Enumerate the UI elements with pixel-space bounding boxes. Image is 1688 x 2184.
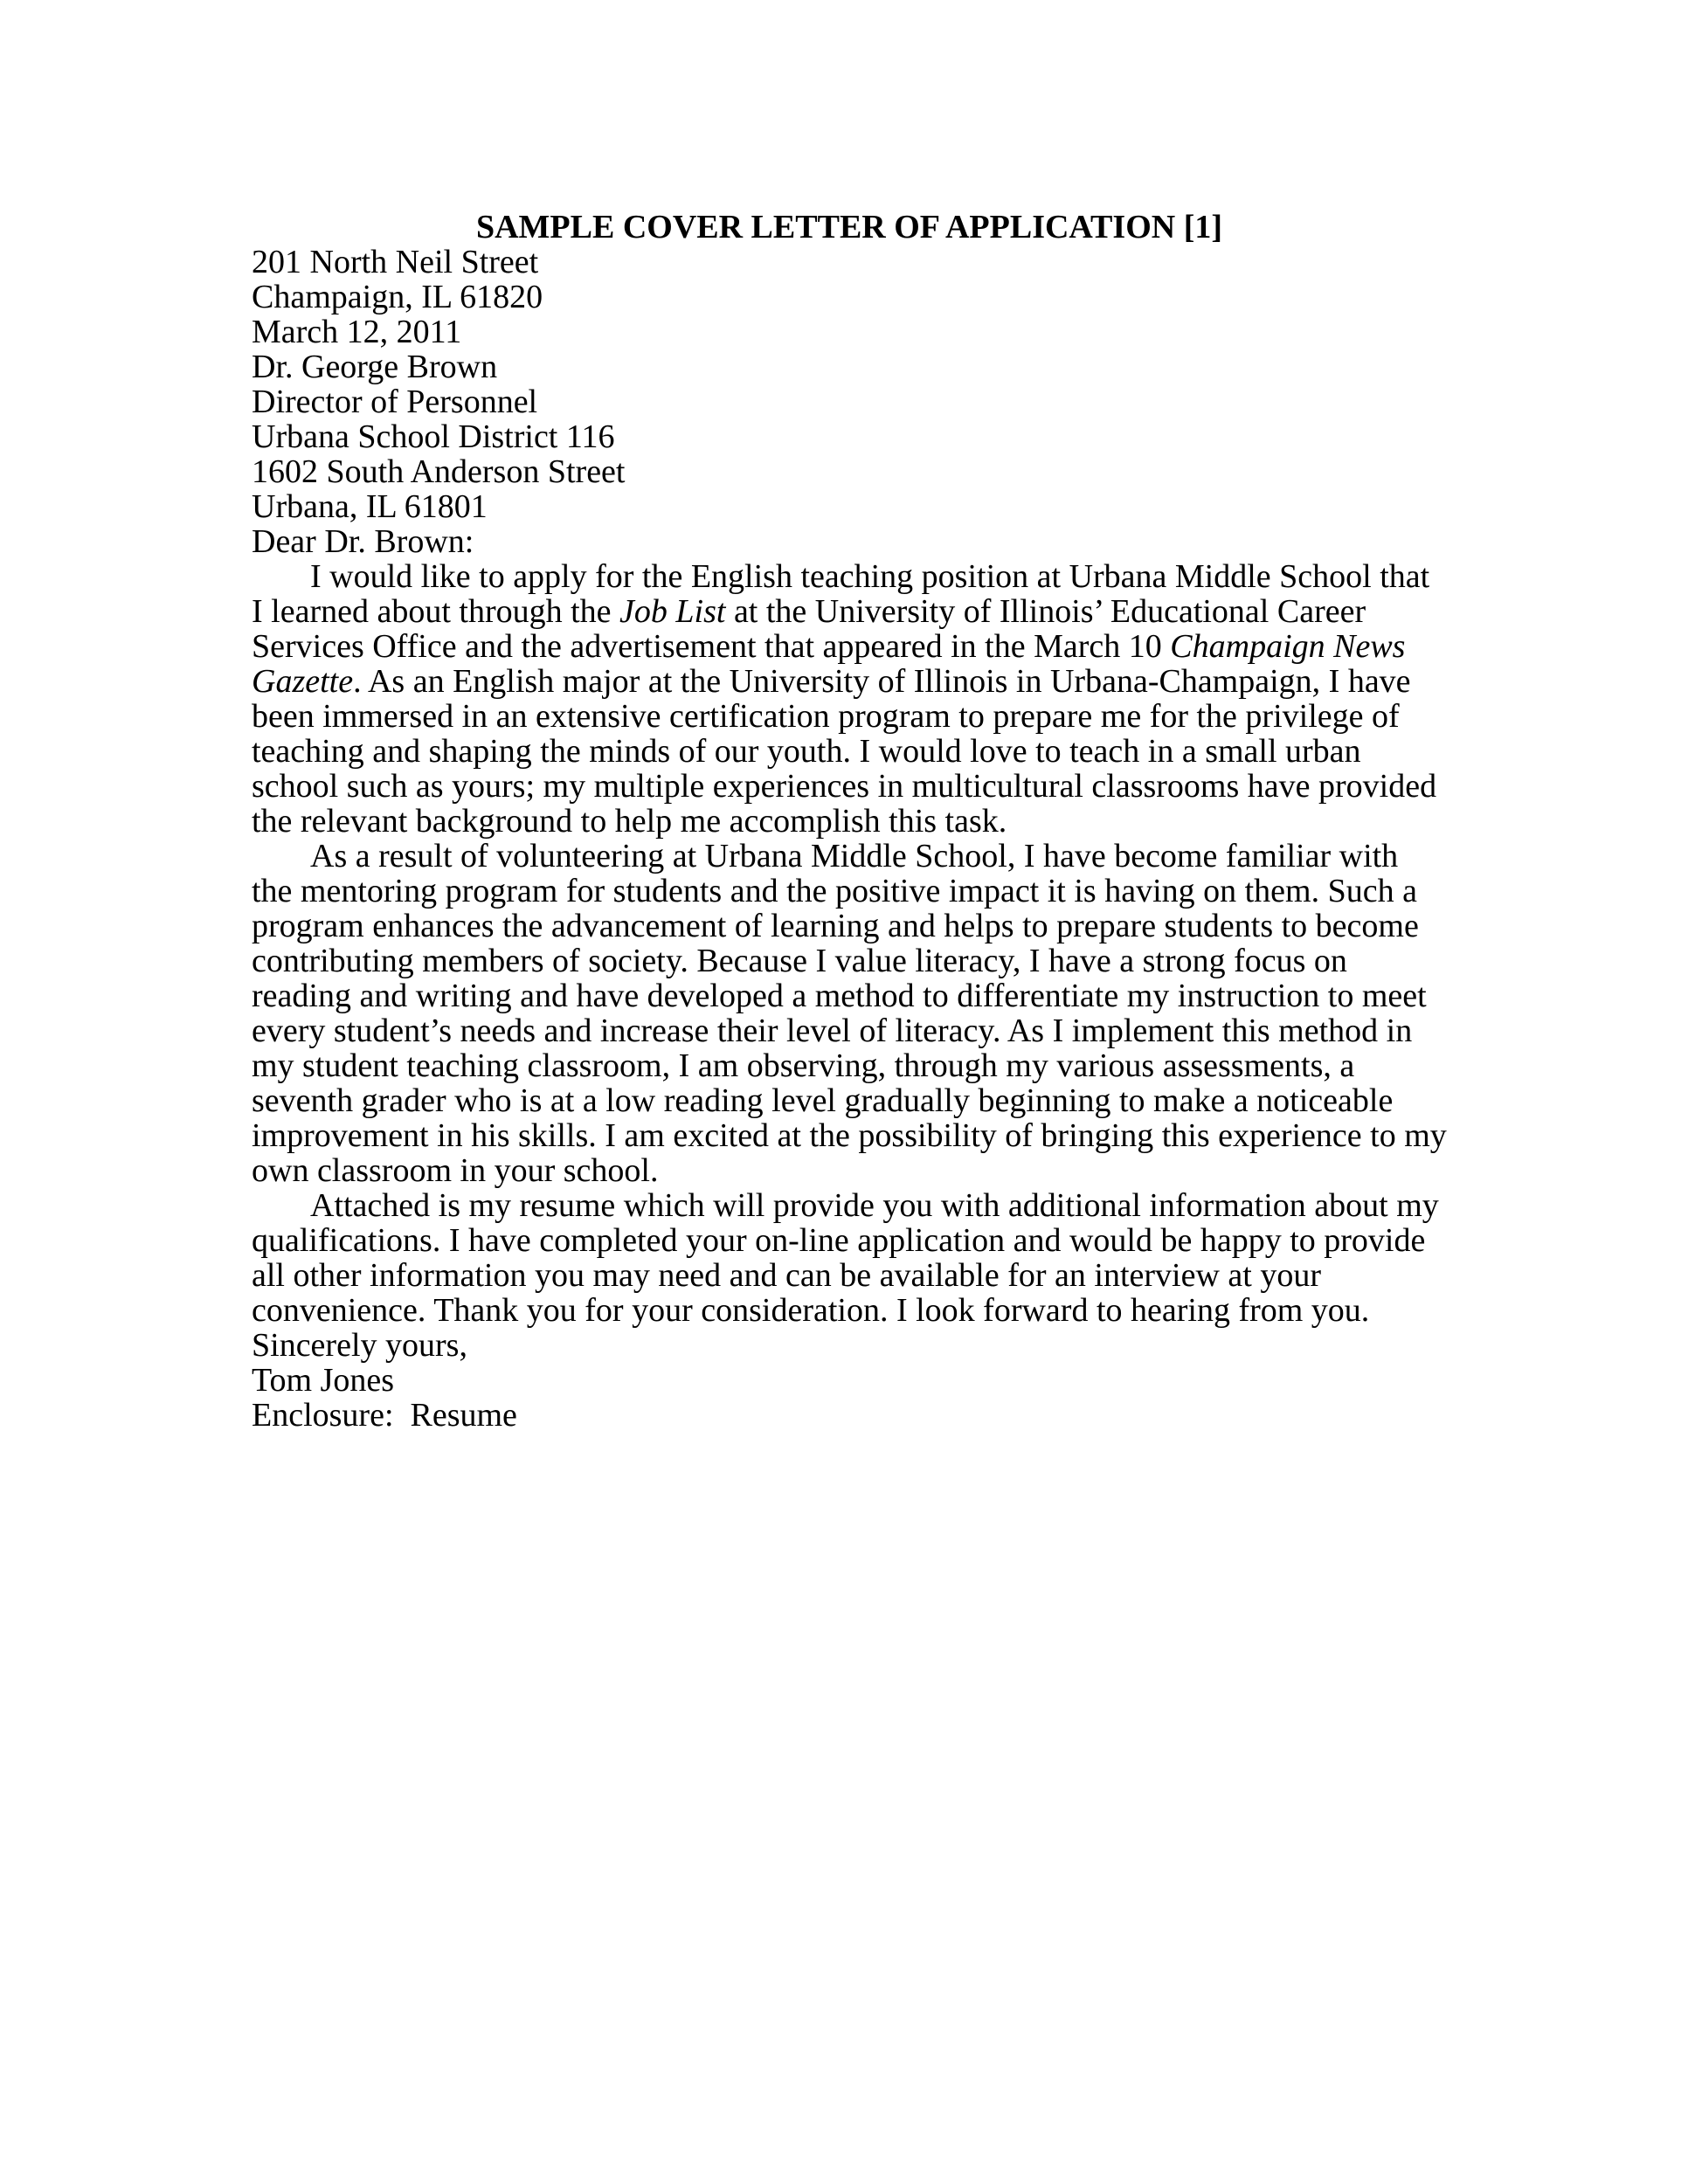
document-page: SAMPLE COVER LETTER OF APPLICATION [1] 2… [0, 0, 1688, 2184]
recipient-organization: Urbana School District 116 [252, 419, 1447, 454]
sender-address-line-1: 201 North Neil Street [252, 245, 1447, 280]
signature-name: Tom Jones [252, 1363, 1447, 1398]
sender-address-line-2: Champaign, IL 61820 [252, 280, 1447, 314]
recipient-name: Dr. George Brown [252, 349, 1447, 384]
closing-phrase: Sincerely yours, [252, 1328, 1447, 1363]
letter-title: SAMPLE COVER LETTER OF APPLICATION [1] [252, 210, 1447, 245]
sender-address-block: 201 North Neil Street Champaign, IL 6182… [252, 245, 1447, 349]
salutation: Dear Dr. Brown: [252, 524, 1447, 559]
recipient-address-block: Dr. George Brown Director of Personnel U… [252, 349, 1447, 524]
recipient-title: Director of Personnel [252, 384, 1447, 419]
body-paragraph: I would like to apply for the English te… [252, 559, 1447, 839]
recipient-street: 1602 South Anderson Street [252, 454, 1447, 489]
recipient-city-state-zip: Urbana, IL 61801 [252, 489, 1447, 524]
body-paragraph: As a result of volunteering at Urbana Mi… [252, 839, 1447, 1188]
body-paragraph: Attached is my resume which will provide… [252, 1188, 1447, 1328]
letter-body: I would like to apply for the English te… [252, 559, 1447, 1328]
text-run: . As an English major at the University … [252, 663, 1436, 840]
italic-text-run: Job List [619, 593, 725, 630]
text-run: Attached is my resume which will provide… [252, 1187, 1439, 1329]
text-run: As a result of volunteering at Urbana Mi… [252, 838, 1447, 1189]
enclosure-note: Enclosure: Resume [252, 1398, 1447, 1433]
letter-date: March 12, 2011 [252, 314, 1447, 349]
